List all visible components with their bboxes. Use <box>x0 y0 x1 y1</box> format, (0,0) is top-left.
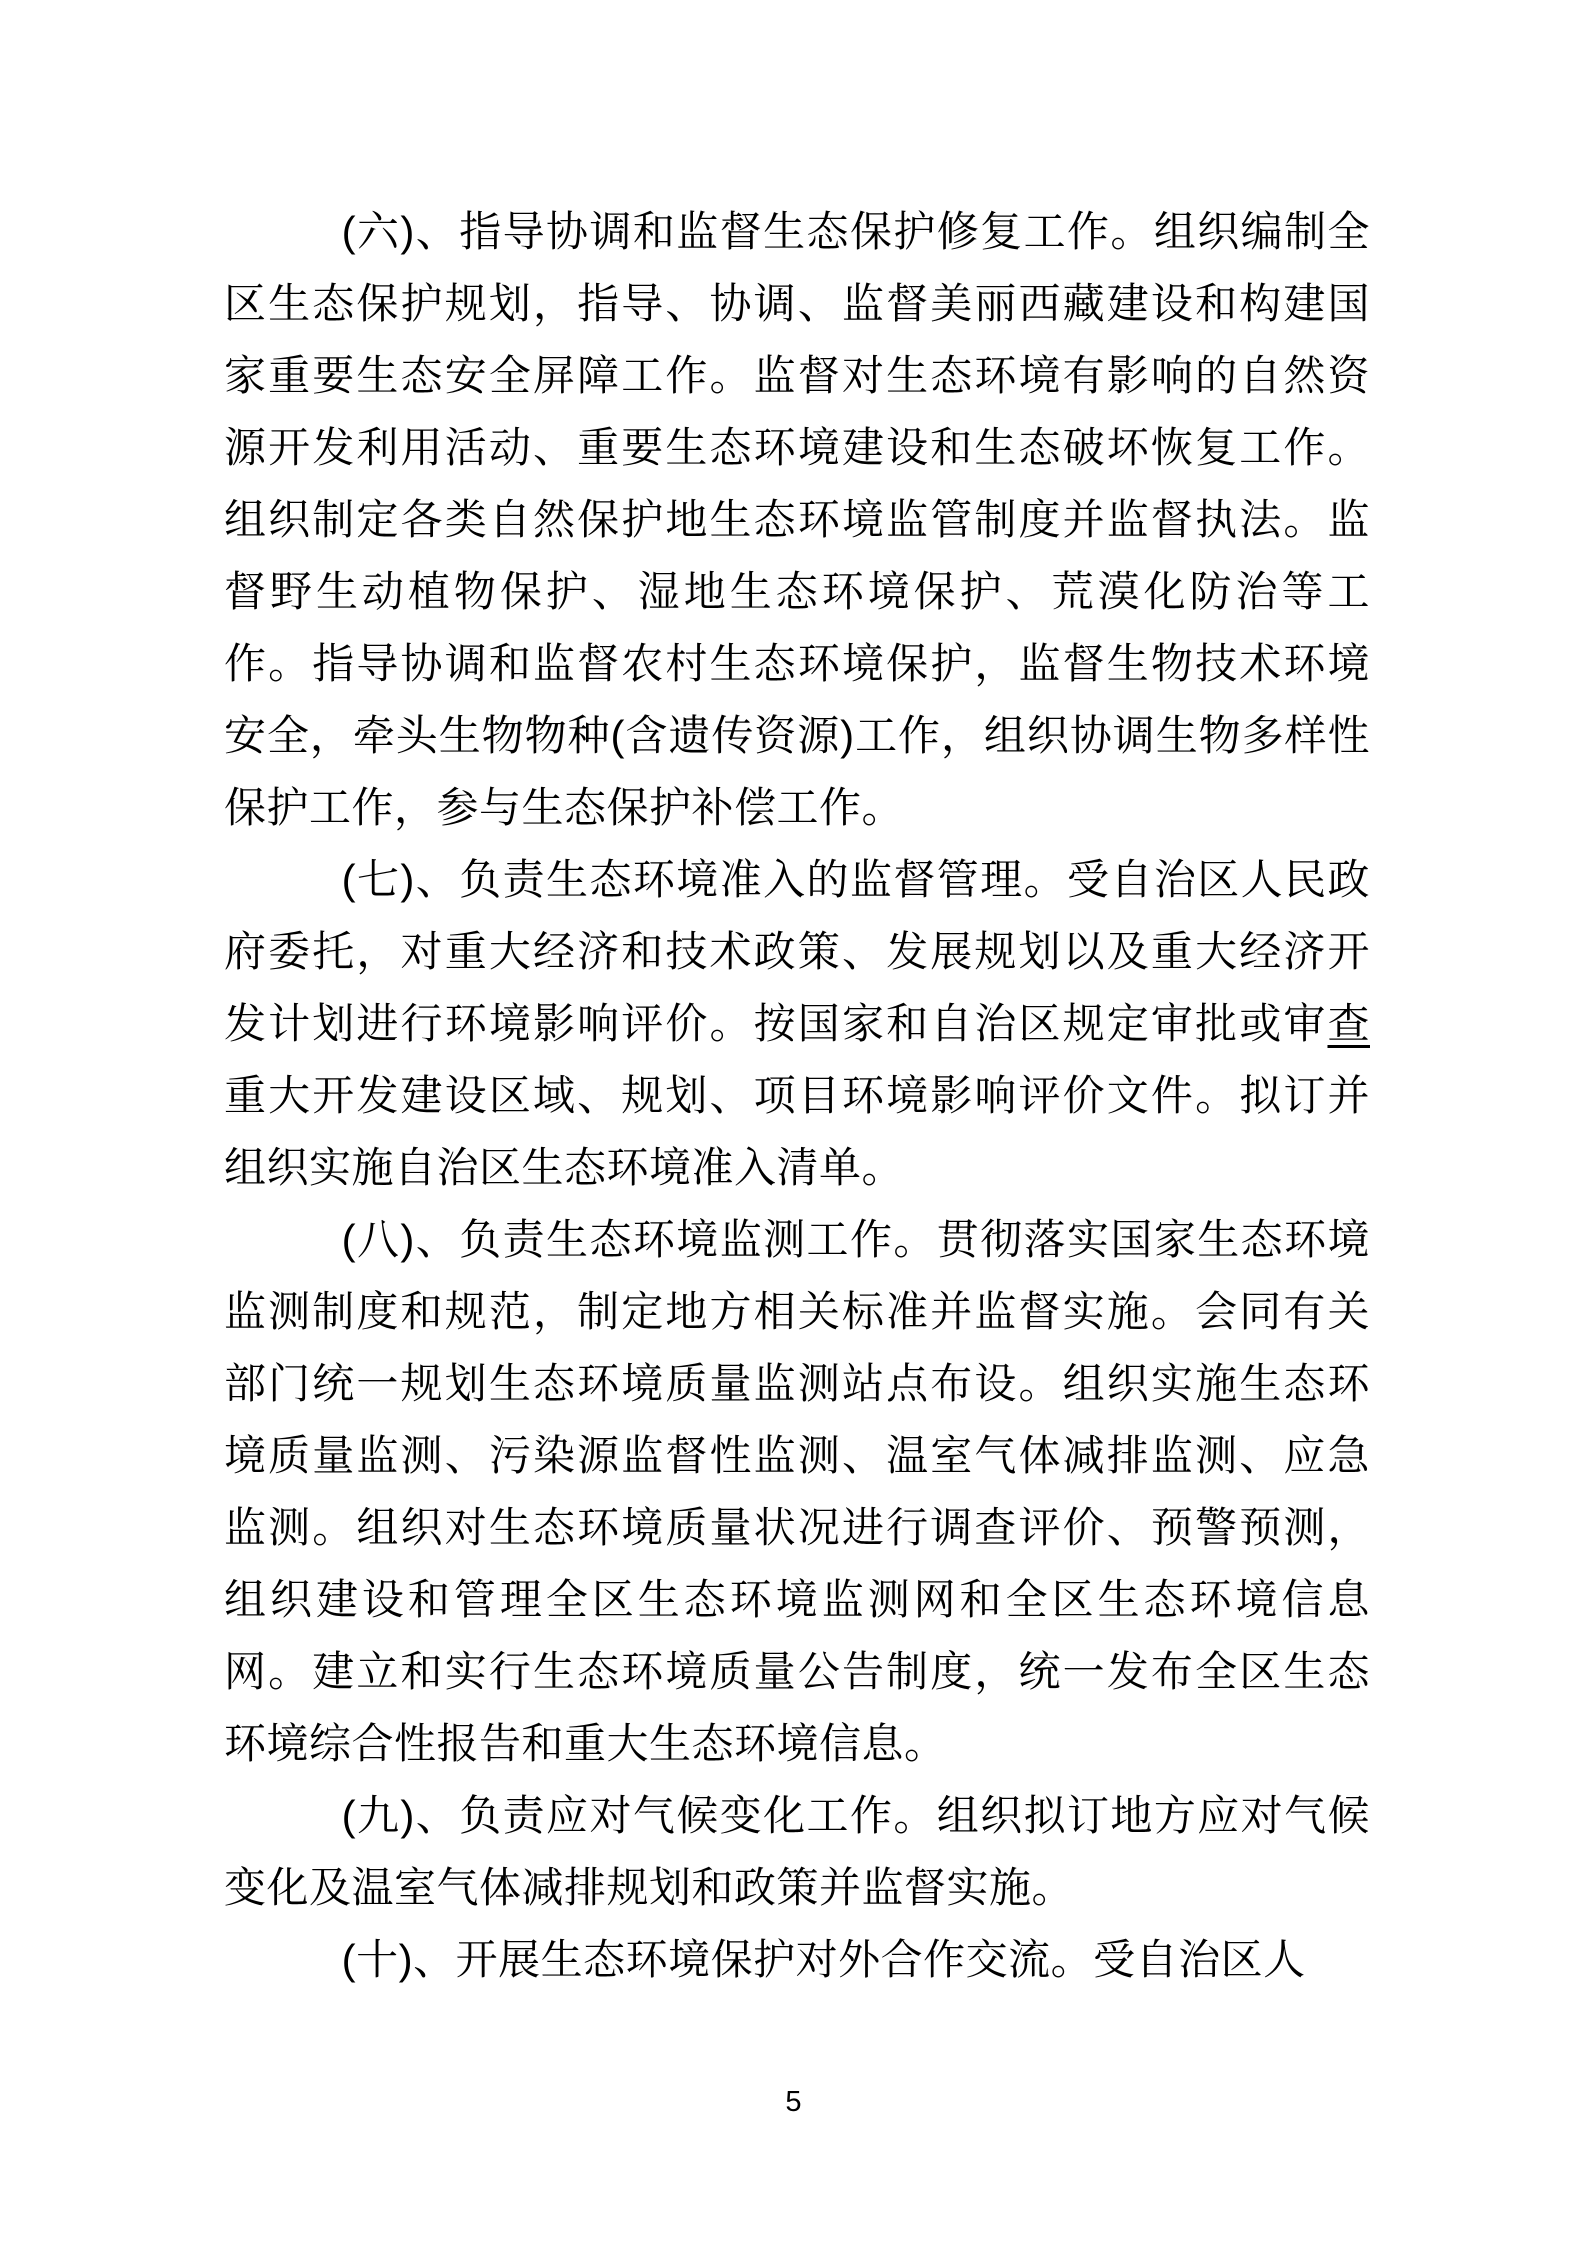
page-number: 5 <box>785 2086 801 2118</box>
document-page: (六)、指导协调和监督生态保护修复工作。组织编制全区生态保护规划，指导、协调、监… <box>0 0 1587 2245</box>
paragraph-item-7: (七)、负责生态环境准入的监督管理。受自治区人民政府委托，对重大经济和技术政策、… <box>224 844 1370 1204</box>
paragraph-item-6: (六)、指导协调和监督生态保护修复工作。组织编制全区生态保护规划，指导、协调、监… <box>224 196 1370 844</box>
paragraph-item-9: (九)、负责应对气候变化工作。组织拟订地方应对气候变化及温室气体减排规划和政策并… <box>224 1780 1370 1924</box>
page-footer: 5 <box>0 2084 1587 2120</box>
underlined-char: 查 <box>1327 1000 1370 1047</box>
paragraph-7-text-before: (七)、负责生态环境准入的监督管理。受自治区人民政府委托，对重大经济和技术政策、… <box>224 856 1370 1047</box>
document-body: (六)、指导协调和监督生态保护修复工作。组织编制全区生态保护规划，指导、协调、监… <box>224 196 1370 1996</box>
paragraph-item-8: (八)、负责生态环境监测工作。贯彻落实国家生态环境监测制度和规范，制定地方相关标… <box>224 1204 1370 1780</box>
paragraph-item-10: (十)、开展生态环境保护对外合作交流。受自治区人 <box>224 1924 1370 1996</box>
paragraph-7-text-after: 重大开发建设区域、规划、项目环境影响评价文件。拟订并组织实施自治区生态环境准入清… <box>224 1072 1370 1191</box>
